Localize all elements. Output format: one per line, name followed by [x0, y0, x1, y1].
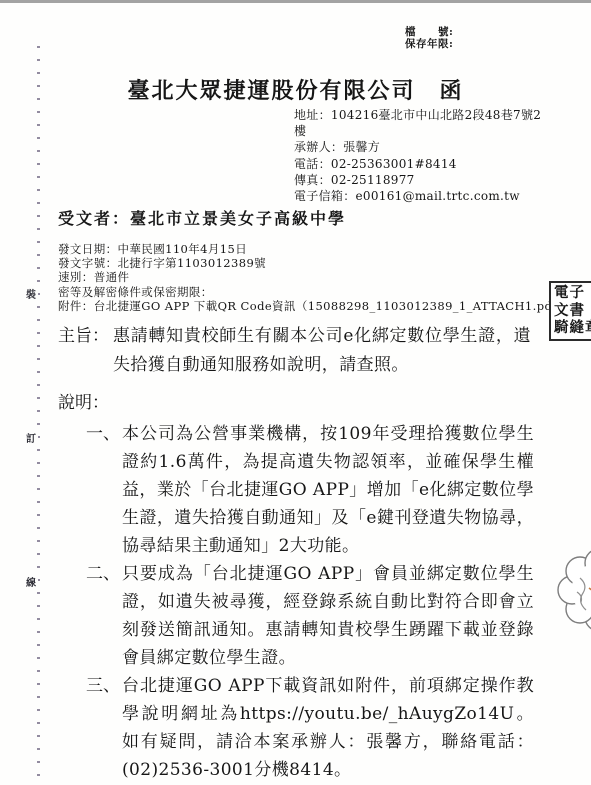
- sender-contact-person: 承辦人：張馨方: [294, 139, 564, 155]
- letter-title: 臺北大眾捷運股份有限公司 函: [0, 74, 591, 105]
- file-number-block: 檔 號: 保存年限:: [405, 26, 453, 50]
- subject-label: 主旨：: [58, 322, 109, 380]
- sender-info-block: 地址：104216臺北市中山北路2段48巷7號2 樓 承辦人：張馨方 電話：02…: [294, 107, 564, 204]
- stamp-line-2: 文書: [554, 302, 591, 320]
- stamp-line-3: 騎縫章: [554, 319, 591, 337]
- explanation-item-1: 一、 本公司為公營事業機構，按109年受理拾獲數位學生證約1.6萬件，為提高遺失…: [86, 420, 536, 560]
- explanation-items: 一、 本公司為公營事業機構，按109年受理拾獲數位學生證約1.6萬件，為提高遺失…: [86, 420, 536, 784]
- binding-mark-ding: 訂: [24, 430, 38, 445]
- binding-mark-xian: 線: [24, 574, 38, 589]
- item-number: 三、: [86, 672, 122, 784]
- sender-email: 電子信箱：e00161@mail.trtc.com.tw: [294, 188, 564, 204]
- binding-mark-zhuang: 裝: [24, 286, 38, 301]
- binding-dotted-line: [37, 46, 40, 785]
- sender-address-line1: 地址：104216臺北市中山北路2段48巷7號2: [294, 107, 564, 123]
- sender-fax: 傳真：02-25118977: [294, 172, 564, 188]
- perforation-seal: [547, 548, 591, 634]
- item-text: 只要成為「台北捷運GO APP」會員並綁定數位學生證，如遺失被尋獲，經登錄系統自…: [122, 560, 534, 672]
- subject-text: 惠請轉知貴校師生有關本公司e化綁定數位學生證，遺失拾獲自動通知服務如說明，請查照…: [113, 322, 531, 380]
- explanation-item-2: 二、 只要成為「台北捷運GO APP」會員並綁定數位學生證，如遺失被尋獲，經登錄…: [86, 560, 536, 672]
- recipient-line: 受文者：臺北市立景美女子高級中學: [58, 206, 346, 229]
- attachment-line: 附件：台北捷運GO APP 下載QR Code資訊（15088298_11030…: [58, 299, 558, 313]
- doc-meta-block: 發文日期：中華民國110年4月15日 發文字號：北捷行字第1103012389號…: [58, 242, 558, 313]
- item-number: 二、: [86, 560, 122, 672]
- file-number-label: 檔 號:: [405, 26, 453, 38]
- issue-date-line: 發文日期：中華民國110年4月15日: [58, 242, 558, 256]
- security-class-line: 密等及解密條件或保密期限：: [58, 285, 558, 299]
- explanation-label: 說明：: [58, 388, 109, 413]
- sender-address-line2: 樓: [294, 123, 564, 139]
- item-text: 本公司為公營事業機構，按109年受理拾獲數位學生證約1.6萬件，為提高遺失物認領…: [122, 420, 534, 560]
- official-letter-page: 裝 訂 線 檔 號: 保存年限: 臺北大眾捷運股份有限公司 函 地址：10421…: [0, 0, 591, 785]
- scan-edge-artifact: [0, 0, 591, 3]
- sender-phone: 電話：02-25363001#8414: [294, 156, 564, 172]
- explanation-item-3: 三、 台北捷運GO APP下載資訊如附件，前項綁定操作教學說明網址為https:…: [86, 672, 536, 784]
- subject-paragraph: 主旨： 惠請轉知貴校師生有關本公司e化綁定數位學生證，遺失拾獲自動通知服務如說明…: [58, 322, 531, 380]
- stamp-line-1: 電子: [554, 284, 591, 302]
- doc-number-line: 發文字號：北捷行字第1103012389號: [58, 256, 558, 270]
- e-doc-exchange-stamp: 電子 文書 騎縫章: [549, 281, 591, 341]
- item-number: 一、: [86, 420, 122, 560]
- item-text: 台北捷運GO APP下載資訊如附件，前項綁定操作教學說明網址為https://y…: [122, 672, 534, 784]
- retention-period-label: 保存年限:: [405, 38, 453, 50]
- speed-class-line: 速別：普通件: [58, 270, 558, 284]
